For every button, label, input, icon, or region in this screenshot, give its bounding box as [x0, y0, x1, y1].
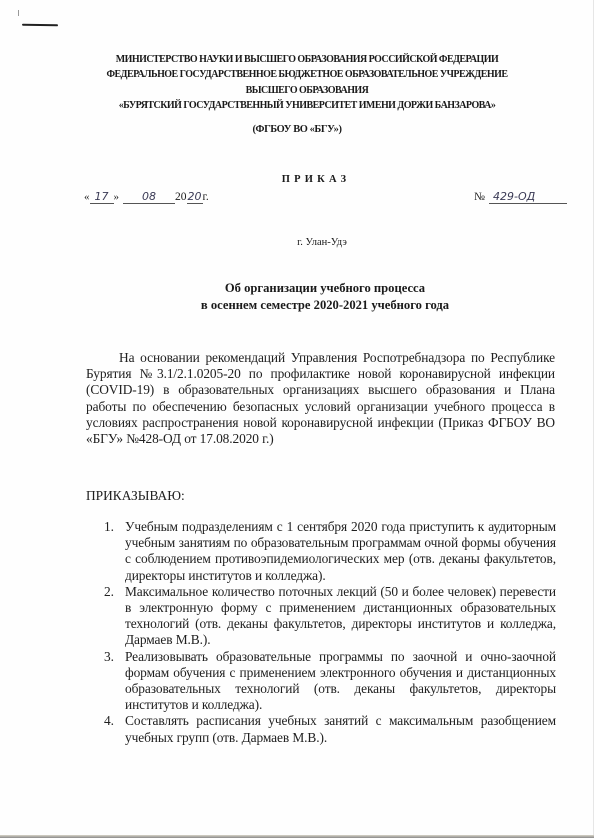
document-page: МИНИСТЕРСТВО НАУКИ И ВЫСШЕГО ОБРАЗОВАНИЯ… — [0, 0, 594, 838]
item-text: Составлять расписания учебных занятий с … — [125, 713, 556, 744]
item-number: 2. — [104, 584, 114, 600]
institution-header: МИНИСТЕРСТВО НАУКИ И ВЫСШЕГО ОБРАЗОВАНИЯ… — [70, 52, 544, 114]
date-close-quote: » — [114, 191, 120, 203]
item-number: 1. — [104, 519, 114, 535]
header-line-ministry: МИНИСТЕРСТВО НАУКИ И ВЫСШЕГО ОБРАЗОВАНИЯ… — [70, 52, 544, 67]
item-text: Учебным подразделениям с 1 сентября 2020… — [125, 519, 556, 583]
item-text: Реализовывать образовательные программы … — [125, 649, 556, 713]
item-number: 3. — [104, 649, 114, 665]
handwritten-order-number: 429-ОД — [489, 191, 567, 204]
order-date: « 17 » 08 20 20 г. — [84, 191, 209, 204]
subject-line-1: Об организации учебного процесса — [56, 280, 594, 297]
order-items-list: 1. Учебным подразделениям с 1 сентября 2… — [104, 519, 556, 746]
item-text: Максимальное количество поточных лекций … — [125, 584, 556, 648]
date-year-prefix: 20 — [175, 191, 187, 203]
list-item: 1. Учебным подразделениям с 1 сентября 2… — [104, 519, 556, 584]
list-item: 2. Максимальное количество поточных лекц… — [104, 584, 556, 649]
institution-abbreviation: (ФГБОУ ВО «БГУ») — [0, 124, 594, 135]
order-directive: ПРИКАЗЫВАЮ: — [86, 488, 185, 504]
list-item: 4. Составлять расписания учебных занятий… — [104, 713, 556, 745]
order-number: № 429-ОД — [474, 191, 567, 204]
scan-artifact — [18, 10, 19, 16]
preamble-paragraph: На основании рекомендаций Управления Рос… — [86, 350, 555, 447]
list-item: 3. Реализовывать образовательные програм… — [104, 649, 556, 714]
number-sign: № — [474, 191, 485, 203]
handwritten-year: 20 — [187, 191, 203, 204]
order-subject: Об организации учебного процесса в осенн… — [0, 280, 594, 314]
header-line-university-name: «БУРЯТСКИЙ ГОСУДАРСТВЕННЫЙ УНИВЕРСИТЕТ И… — [70, 98, 544, 113]
date-year-marker: г. — [203, 191, 209, 203]
scan-artifact-mark — [22, 24, 58, 27]
handwritten-month: 08 — [123, 191, 175, 204]
header-line-education-level: ВЫСШЕГО ОБРАЗОВАНИЯ — [70, 83, 544, 98]
document-title: ПРИКАЗ — [0, 174, 594, 185]
item-number: 4. — [104, 713, 114, 729]
header-line-institution-type: ФЕДЕРАЛЬНОЕ ГОСУДАРСТВЕННОЕ БЮДЖЕТНОЕ ОБ… — [70, 67, 544, 82]
handwritten-day: 17 — [90, 191, 114, 204]
city: г. Улан-Удэ — [0, 237, 594, 248]
subject-line-2: в осеннем семестре 2020-2021 учебного го… — [56, 297, 594, 314]
